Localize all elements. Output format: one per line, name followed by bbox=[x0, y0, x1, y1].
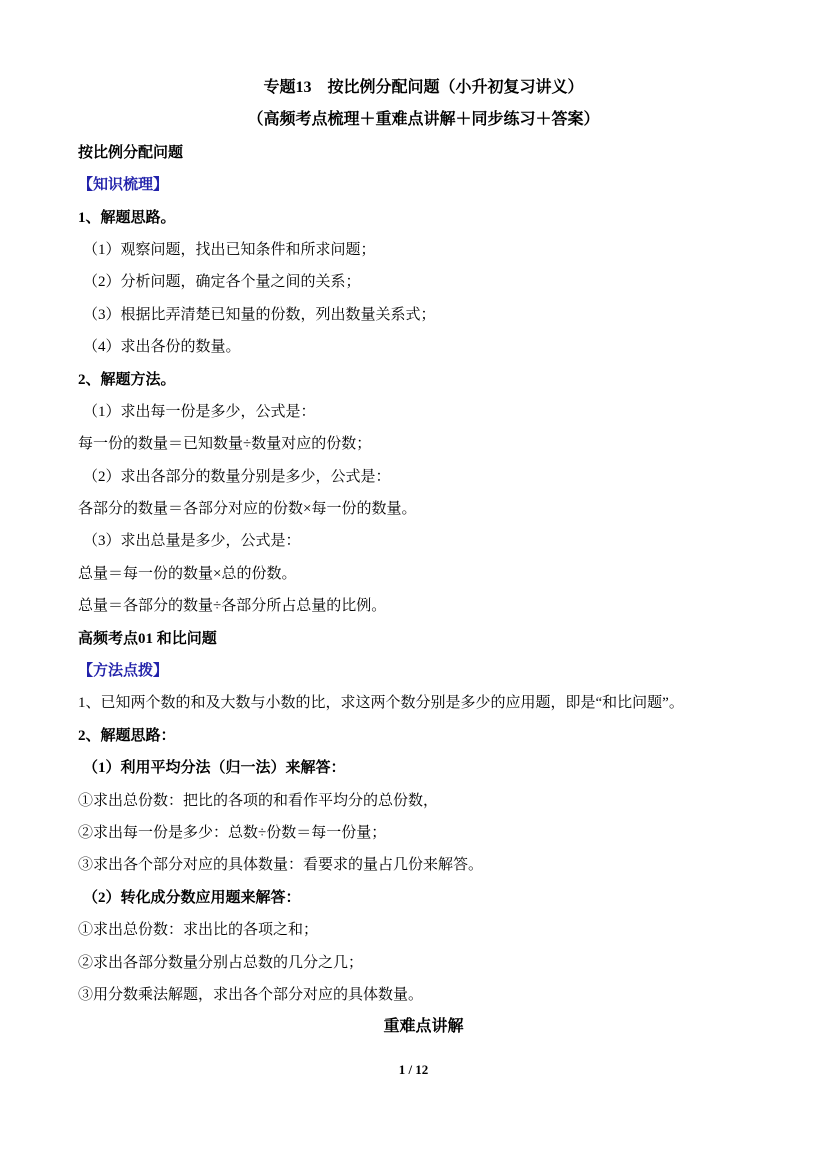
knowledge-section-label: 【知识梳理】 bbox=[78, 169, 769, 201]
approach1-step-2: ②求出每一份是多少：总数÷份数＝每一份量； bbox=[78, 817, 769, 849]
page-number: 1 / 12 bbox=[0, 1062, 827, 1078]
idea-title: 1、解题思路。 bbox=[78, 202, 769, 234]
method-title: 2、解题方法。 bbox=[78, 364, 769, 396]
approach1-step-3: ③求出各个部分对应的具体数量：看要求的量占几份来解答。 bbox=[78, 849, 769, 881]
method-formula-4: 总量＝各部分的数量÷各部分所占总量的比例。 bbox=[78, 590, 769, 622]
approach1-step-1: ①求出总份数：把比的各项的和看作平均分的总份数， bbox=[78, 785, 769, 817]
method-step-3: （3）求出总量是多少，公式是： bbox=[78, 525, 769, 557]
approach2-title: （2）转化成分数应用题来解答： bbox=[78, 882, 769, 914]
idea-step-2: （2）分析问题，确定各个量之间的关系； bbox=[78, 266, 769, 298]
document-content: 专题13 按比例分配问题（小升初复习讲义） （高频考点梳理＋重难点讲解＋同步练习… bbox=[78, 72, 769, 1044]
approach2-step-3: ③用分数乘法解题，求出各个部分对应的具体数量。 bbox=[78, 979, 769, 1011]
method-step-1: （1）求出每一份是多少，公式是： bbox=[78, 396, 769, 428]
document-page: 专题13 按比例分配问题（小升初复习讲义） （高频考点梳理＋重难点讲解＋同步练习… bbox=[0, 0, 827, 1169]
idea-step-1: （1）观察问题，找出已知条件和所求问题； bbox=[78, 234, 769, 266]
tips-idea-title: 2、解题思路： bbox=[78, 720, 769, 752]
center-heading: 重难点讲解 bbox=[78, 1011, 769, 1043]
main-heading: 按比例分配问题 bbox=[78, 137, 769, 169]
approach2-step-1: ①求出总份数：求出比的各项之和； bbox=[78, 914, 769, 946]
approach1-title: （1）利用平均分法（归一法）来解答： bbox=[78, 752, 769, 784]
tips-section-label: 【方法点拨】 bbox=[78, 655, 769, 687]
hotspot-heading: 高频考点01 和比问题 bbox=[78, 623, 769, 655]
idea-step-3: （3）根据比弄清楚已知量的份数，列出数量关系式； bbox=[78, 299, 769, 331]
approach2-step-2: ②求出各部分数量分别占总数的几分之几； bbox=[78, 947, 769, 979]
doc-title-line1: 专题13 按比例分配问题（小升初复习讲义） bbox=[78, 72, 769, 104]
method-step-2: （2）求出各部分的数量分别是多少，公式是： bbox=[78, 461, 769, 493]
idea-step-4: （4）求出各份的数量。 bbox=[78, 331, 769, 363]
tips-intro: 1、已知两个数的和及大数与小数的比，求这两个数分别是多少的应用题，即是“和比问题… bbox=[78, 687, 769, 719]
doc-title-line2: （高频考点梳理＋重难点讲解＋同步练习＋答案） bbox=[78, 104, 769, 136]
method-formula-3: 总量＝每一份的数量×总的份数。 bbox=[78, 558, 769, 590]
method-formula-2: 各部分的数量＝各部分对应的份数×每一份的数量。 bbox=[78, 493, 769, 525]
method-formula-1: 每一份的数量＝已知数量÷数量对应的份数； bbox=[78, 428, 769, 460]
